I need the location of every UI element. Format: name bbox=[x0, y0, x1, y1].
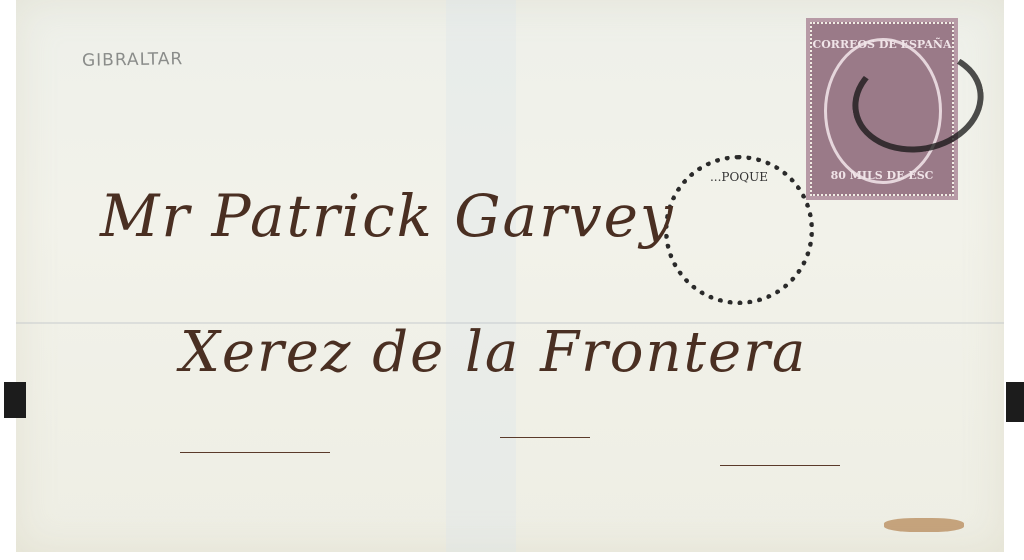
underline-flourish bbox=[500, 437, 590, 438]
stamp-value-text: 80 MILS DE ESC bbox=[812, 169, 952, 182]
circular-postmark: ...POQUE bbox=[664, 155, 814, 305]
address-line-city: Xerez de la Frontera bbox=[180, 320, 807, 385]
mount-tab-left bbox=[4, 382, 26, 418]
address-line-name: Mr Patrick Garvey bbox=[100, 182, 675, 250]
mount-tab-right bbox=[1006, 382, 1024, 422]
postmark-text: ...POQUE bbox=[669, 170, 809, 184]
underline-flourish bbox=[180, 452, 330, 453]
fold-shadow-vertical bbox=[446, 0, 516, 552]
paper-stain bbox=[884, 518, 964, 532]
underline-flourish bbox=[720, 465, 840, 466]
pencil-annotation: GIBRALTAR bbox=[82, 49, 184, 71]
